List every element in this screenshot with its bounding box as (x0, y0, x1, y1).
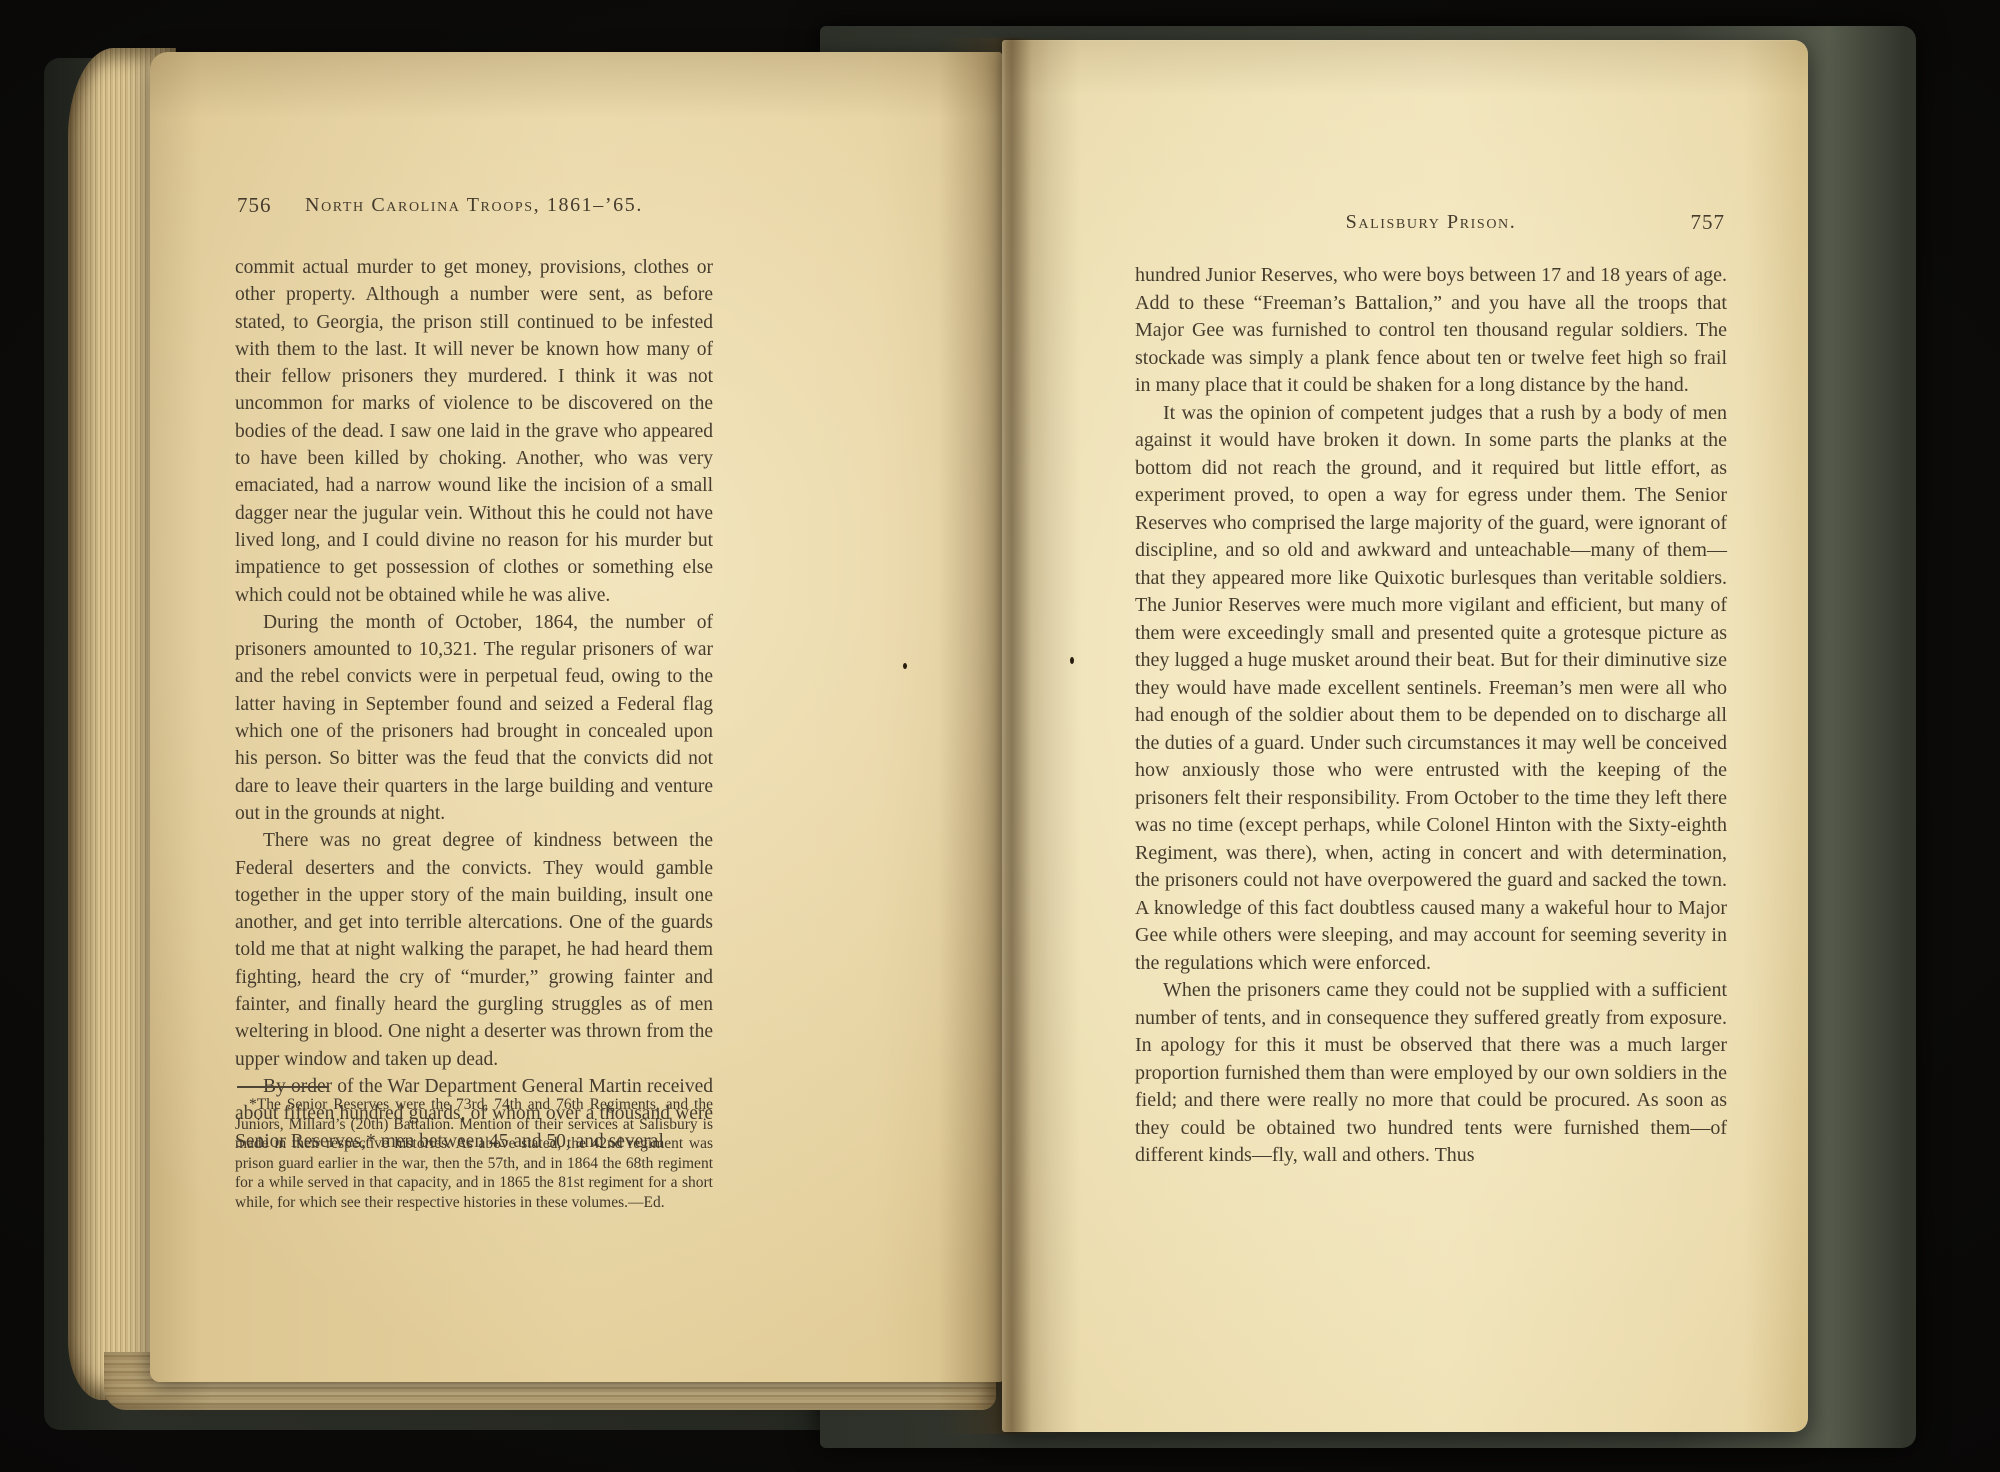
right-page-header: Salisbury Prison. 757 (1135, 210, 1727, 234)
paragraph: When the prisoners came they could not b… (1135, 977, 1727, 1170)
right-page-content: Salisbury Prison. 757 hundred Junior Res… (1135, 210, 1727, 1170)
footnote: *The Senior Reserves were the 73rd, 74th… (235, 1095, 713, 1213)
left-running-header: North Carolina Troops, 1861–’65. (235, 193, 713, 217)
ink-speck (903, 663, 907, 669)
paragraph: hundred Junior Reserves, who were boys b… (1135, 262, 1727, 400)
ink-speck (1070, 657, 1074, 664)
right-running-header: Salisbury Prison. (1135, 210, 1727, 234)
right-page-body: hundred Junior Reserves, who were boys b… (1135, 262, 1727, 1170)
paragraph: commit actual murder to get money, provi… (235, 254, 713, 609)
left-page-header: 756 North Carolina Troops, 1861–’65. (235, 193, 713, 217)
paragraph: It was the opinion of competent judges t… (1135, 400, 1727, 978)
footnote-rule (237, 1086, 329, 1088)
paragraph: There was no great degree of kindness be… (235, 827, 713, 1073)
book-photo: 756 North Carolina Troops, 1861–’65. com… (0, 0, 2000, 1472)
right-page-number: 757 (1691, 210, 1726, 234)
left-page-content: 756 North Carolina Troops, 1861–’65. com… (235, 193, 713, 1155)
left-page-number: 756 (237, 193, 272, 217)
paragraph: During the month of October, 1864, the n… (235, 609, 713, 827)
left-page-body: commit actual murder to get money, provi… (235, 254, 713, 1155)
